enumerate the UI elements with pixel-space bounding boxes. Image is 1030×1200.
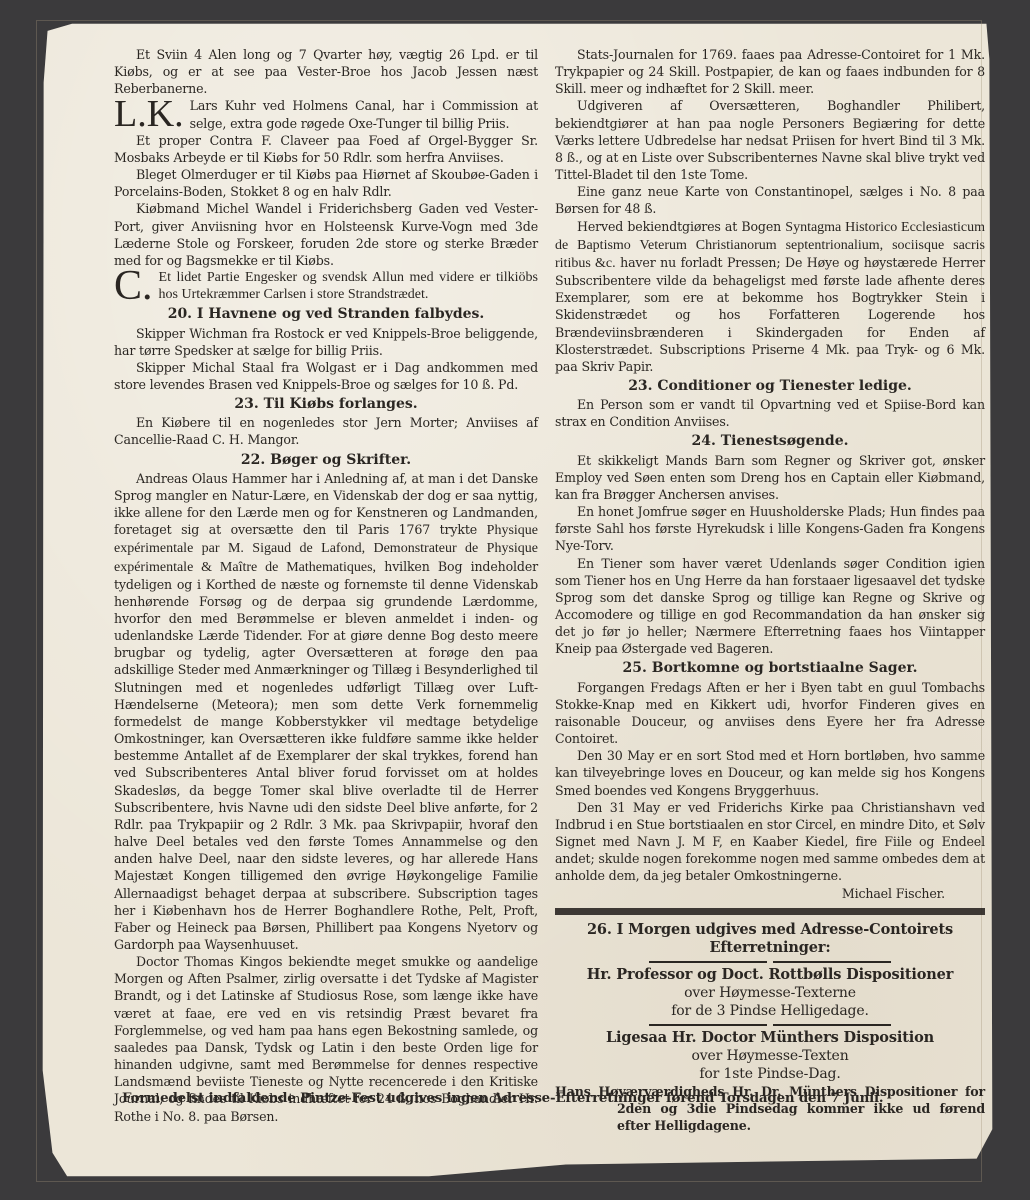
notice-munther-line3: for 1ste Pindse-Dag. (555, 1065, 985, 1083)
ad-staal: Skipper Michal Staal fra Wolgast er i Da… (114, 359, 538, 393)
ad-carlsen: C. Et lidet Partie Engesker og svendsk A… (114, 269, 538, 303)
ad-jomfrue: En honet Jomfrue søger en Huusholderske … (555, 503, 985, 554)
notice-rottboll-line3: for de 3 Pindse Helligedage. (555, 1002, 985, 1020)
hammer-part-1: Andreas Olaus Hammer har i Anledning af,… (114, 471, 538, 537)
ad-hammer-physique: Andreas Olaus Hammer har i Anledning af,… (114, 470, 538, 953)
ad-opvartning: En Person som er vandt til Opvartning ve… (555, 396, 985, 430)
left-column: Et Sviin 4 Alen long og 7 Qvarter høy, v… (114, 46, 538, 1125)
double-rule-divider (555, 961, 985, 963)
notice-rottboll-line1: Hr. Professor og Doct. Rottbølls Disposi… (555, 966, 985, 984)
ad-carlsen-text: Et lidet Partie Engesker og svendsk Allu… (159, 269, 538, 303)
ad-stokke-knap: Forgangen Fredags Aften er her i Byen ta… (555, 679, 985, 748)
hammer-part-2: hvilken Bog indeholder tydeligen og i Ko… (114, 559, 538, 952)
section-heading-25: 25. Bortkomne og bortstiaalne Sager. (555, 660, 985, 677)
syntagma-part-1: Herved bekiendtgiøres at Bogen (577, 219, 785, 234)
ad-philibert: Udgiveren af Oversætteren, Boghandler Ph… (555, 97, 985, 183)
heavy-rule-divider (555, 908, 985, 915)
section-heading-23-kiobs: 23. Til Kiøbs forlanges. (114, 396, 538, 413)
right-column: Stats-Journalen for 1769. faaes paa Adre… (555, 46, 985, 1134)
notice-heading-line2: Efterretninger: (555, 939, 985, 957)
ad-indbrud: Den 31 May er ved Friderichs Kirke paa C… (555, 799, 985, 885)
section-heading-23-conditioner: 23. Conditioner og Tienester ledige. (555, 378, 985, 395)
notice-heading-line1: 26. I Morgen udgives med Adresse-Contoir… (555, 921, 985, 939)
syntagma-part-2: haver nu forladt Pressen; De Høye og høy… (555, 255, 985, 374)
ad-stats-journalen: Stats-Journalen for 1769. faaes paa Adre… (555, 46, 985, 97)
ad-olmerduger: Bleget Olmerduger er til Kiøbs paa Hiørn… (114, 166, 538, 200)
ad-syntagma: Herved bekiendtgiøres at Bogen Syntagma … (555, 218, 985, 375)
ad-jern-morter: En Kiøbere til en nogenledes stor Jern M… (114, 414, 538, 448)
section-heading-24: 24. Tienestsøgende. (555, 433, 985, 450)
ad-karte-constantinopel: Eine ganz neue Karte von Constantinopel,… (555, 183, 985, 217)
ad-mands-barn: Et skikkeligt Mands Barn som Regner og S… (555, 452, 985, 503)
footer-notice: Formedelst indfaldende Pintze-Fest udgiv… (122, 1090, 982, 1106)
signature-fischer: Michael Fischer. (555, 885, 985, 902)
ad-pig-for-sale: Et Sviin 4 Alen long og 7 Qvarter høy, v… (114, 46, 538, 97)
ad-tiener: En Tiener som haver været Udenlands søge… (555, 555, 985, 658)
ad-kurve-vogn: Kiøbmand Michel Wandel i Friderichsberg … (114, 200, 538, 269)
drop-cap-c: C. (114, 269, 153, 303)
ad-wichman: Skipper Wichman fra Rostock er ved Knipp… (114, 325, 538, 359)
ad-lars-kuhr-text: Lars Kuhr ved Holmens Canal, har i Commi… (190, 97, 538, 131)
double-rule-divider-2 (555, 1024, 985, 1026)
notice-munther-line1: Ligesaa Hr. Doctor Münthers Disposition (555, 1029, 985, 1047)
section-heading-22: 22. Bøger og Skrifter. (114, 452, 538, 469)
ad-sort-stod: Den 30 May er en sort Stod med et Horn b… (555, 747, 985, 798)
ad-clavier: Et proper Contra F. Claveer paa Foed af … (114, 132, 538, 166)
section-heading-20: 20. I Havnene og ved Stranden falbydes. (114, 306, 538, 323)
drop-cap-lk: L.K. (114, 97, 184, 131)
notice-munther-line2: over Høymesse-Texten (555, 1047, 985, 1065)
notice-rottboll-line2: over Høymesse-Texterne (555, 984, 985, 1002)
ad-lars-kuhr: L.K. Lars Kuhr ved Holmens Canal, har i … (114, 97, 538, 131)
